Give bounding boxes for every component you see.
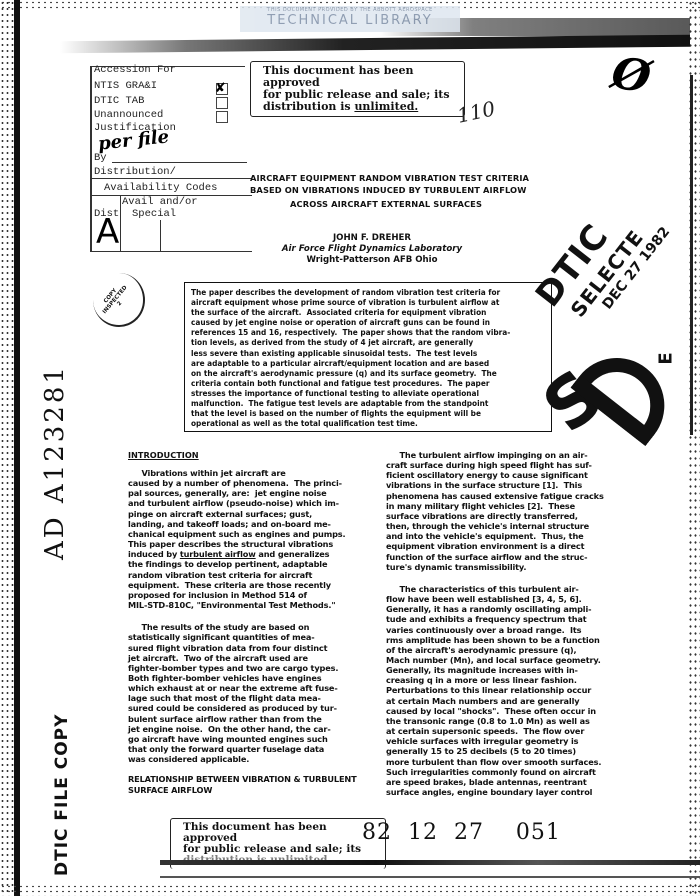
intro-line: equipment. These criteria are those rece…: [128, 580, 378, 590]
accession-title: Accession For: [94, 64, 176, 76]
by-label: By: [94, 152, 107, 164]
results-line: statistically significant quantities of …: [128, 632, 378, 642]
abstract-box: The paper describes the development of r…: [184, 282, 552, 432]
right-para-line: Perturbations to this linear relationshi…: [386, 685, 646, 695]
scan-edge-right: [690, 75, 693, 435]
approval-line-3: distribution is unlimited.: [263, 101, 458, 113]
right-para-line: varies continuously over a broad range. …: [386, 625, 646, 635]
results-line: sured could be considered as produced by…: [128, 703, 378, 713]
intro-line: This paper describes the structural vibr…: [128, 539, 378, 549]
results-line: Both fighter-bomber vehicles have engine…: [128, 673, 378, 683]
scan-edge-bar: [14, 0, 20, 896]
scan-smear-bottom: [160, 860, 700, 865]
ntis-checkbox[interactable]: [216, 83, 228, 95]
intro-line: random vibration test criteria for aircr…: [128, 570, 378, 580]
author-block: JOHN F. DREHER Air Force Flight Dynamics…: [250, 233, 494, 266]
right-para-line: ficient oscillatory energy to cause sign…: [386, 470, 646, 480]
results-line: lage such that most of the flight data m…: [128, 693, 378, 703]
paper-title-line-2: BASED ON VIBRATIONS INDUCED BY TURBULENT…: [250, 185, 526, 195]
intro-line: caused by a number of phenomena. The pri…: [128, 478, 378, 488]
results-line: bulent surface airflow rather than from …: [128, 714, 378, 724]
results-line: fighter-bomber types and two are cargo t…: [128, 663, 378, 673]
abstract-line: tion levels, as derived from the study o…: [191, 337, 545, 347]
accession-item-ntis: NTIS GRA&I: [94, 80, 157, 92]
right-para-line: Such irregularities commonly found on ai…: [386, 767, 646, 777]
results-line: which exhaust at or near the extreme aft…: [128, 683, 378, 693]
results-line: jet engine noise. On the other hand, the…: [128, 724, 378, 734]
right-para-line: and into the vehicle's equipment. Thus, …: [386, 531, 646, 541]
abstract-line: that the level is based on the number of…: [191, 408, 545, 418]
abstract-line: references 15 and 16, respectively. The …: [191, 327, 545, 337]
approval-bottom-line-1: This document has been approved: [183, 822, 379, 844]
dist-handwriting: A: [96, 212, 119, 252]
avail-label: Avail and/or: [122, 196, 198, 208]
section-heading-relationship: RELATIONSHIP BETWEEN VIBRATION & TURBULE…: [128, 774, 378, 784]
section-heading-relationship: SURFACE AIRFLOW: [128, 785, 378, 795]
intro-line: landing, and takeoff loads; and on-board…: [128, 519, 378, 529]
paragraph-spacer: [128, 764, 378, 774]
abstract-line: less severe than existing applicable sin…: [191, 348, 545, 358]
right-para-line: equipment vibration environment is a dir…: [386, 541, 646, 551]
right-para-line: at certain Mach numbers and are generall…: [386, 696, 646, 706]
abstract-line: criteria contain both functional and fat…: [191, 378, 545, 388]
accession-item-unannounced: Unannounced: [94, 109, 163, 121]
ad-number-label: AD A123281: [40, 364, 70, 560]
right-para-line: ture's dynamic transmissibility.: [386, 562, 646, 572]
abstract-line: operational as well as the total qualifi…: [191, 418, 545, 428]
results-line: sured flight vibration data from four di…: [128, 643, 378, 653]
copy-inspected-text: COPY INSPECTED 2: [97, 281, 133, 319]
intro-line: pal sources, generally, are: jet engine …: [128, 488, 378, 498]
right-para-line: Generally, it has a randomly oscillating…: [386, 604, 646, 614]
author-name: JOHN F. DREHER: [250, 233, 494, 244]
section-heading-introduction: INTRODUCTION: [128, 450, 199, 460]
right-para-line: Generally, its magnitude increases with …: [386, 665, 646, 675]
right-para-line: phenomena has caused extensive fatigue c…: [386, 491, 646, 501]
right-para-line: in many military flight vehicles [2]. Th…: [386, 501, 646, 511]
right-para-line: rms amplitude has been shown to be a fun…: [386, 635, 646, 645]
results-line: jet aircraft. Two of the aircraft used a…: [128, 653, 378, 663]
right-para-line: The turbulent airflow impinging on an ai…: [386, 450, 646, 460]
paragraph-spacer: [128, 610, 378, 622]
paper-title-line-3: ACROSS AIRCRAFT EXTERNAL SURFACES: [290, 199, 482, 209]
stamp-letter-e: E: [656, 352, 677, 364]
intro-line: the findings to develop pertinent, adapt…: [128, 559, 378, 569]
document-control-number: 82 12 27 051: [362, 820, 561, 845]
results-line: was considered applicable.: [128, 754, 378, 764]
results-line: that only the forward quarter fuselage d…: [128, 744, 378, 754]
scan-smear: [60, 35, 690, 54]
abstract-line: aircraft equipment whose prime source of…: [191, 297, 545, 307]
right-para-line: more turbulent than flow over smooth sur…: [386, 757, 646, 767]
intro-line: MIL-STD-810C, "Environmental Test Method…: [128, 600, 378, 610]
scan-border-bottom: [0, 884, 700, 896]
unannounced-checkbox[interactable]: [216, 111, 228, 123]
right-para-line: then, through the vehicle's internal str…: [386, 521, 646, 531]
dtic-tab-checkbox[interactable]: [216, 97, 228, 109]
right-para-line: generally 15 to 25 decibels (5 to 20 tim…: [386, 746, 646, 756]
abstract-line: on the aircraft's aerodynamic pressure (…: [191, 368, 545, 378]
right-para-line: The characteristics of this turbulent ai…: [386, 584, 646, 594]
availability-codes-label: Availability Codes: [104, 182, 217, 194]
special-label: Special: [132, 208, 176, 220]
right-para-line: at certain supersonic speeds. The flow o…: [386, 726, 646, 736]
right-para-line: craft surface during high speed flight h…: [386, 460, 646, 470]
scan-line-bottom: [160, 876, 700, 878]
abstract-line: caused by jet engine noise or operation …: [191, 317, 545, 327]
emphasized-term: turbulent airflow: [180, 549, 256, 559]
right-para-line: surface angles, engine boundary layer co…: [386, 787, 646, 797]
right-para-line: flow have been well established [3, 4, 5…: [386, 594, 646, 604]
results-line: go aircraft have wing mounted engines su…: [128, 734, 378, 744]
intro-line: induced by turbulent airflow and general…: [128, 549, 378, 559]
abstract-line: are adaptable to a particular aircraft/e…: [191, 358, 545, 368]
approval-notice-top: This document has been approved for publ…: [250, 61, 465, 117]
intro-line: Vibrations within jet aircraft are: [128, 468, 378, 478]
abstract-line: stresses the importance of functional te…: [191, 388, 545, 398]
right-para-line: the transonic range (0.8 to 1.0 Mn) as w…: [386, 716, 646, 726]
abstract-line: malfunction. The fatigue test levels are…: [191, 398, 545, 408]
author-location: Wright-Patterson AFB Ohio: [250, 255, 494, 266]
right-para-line: vibrations in the surface structure [1].…: [386, 480, 646, 490]
right-para-line: creasing q in a more or less linear fash…: [386, 675, 646, 685]
approval-line-1: This document has been approved: [263, 65, 458, 89]
right-para-line: of the aircraft's aerodynamic pressure (…: [386, 645, 646, 655]
handwritten-zero-mark: Ø: [608, 47, 655, 104]
intro-line: pinge on aircraft external surfaces; gus…: [128, 509, 378, 519]
right-para-line: tude and exhibits a frequency spectrum t…: [386, 614, 646, 624]
accession-form: Accession For NTIS GRA&I DTIC TAB Unanno…: [90, 62, 250, 252]
intro-line: chanical equipment such as engines and p…: [128, 529, 378, 539]
dtic-file-copy-label: DTIC FILE COPY: [52, 714, 72, 876]
author-affiliation: Air Force Flight Dynamics Laboratory: [250, 244, 494, 255]
abstract-line: The paper describes the development of r…: [191, 287, 545, 297]
right-para-line: Mach number (Mn), and local surface geom…: [386, 655, 646, 665]
scan-border-left: [0, 0, 14, 896]
technical-library-banner: THIS DOCUMENT PROVIDED BY THE ABBOTT AER…: [240, 6, 460, 32]
distribution-label: Distribution/: [94, 166, 176, 178]
right-para-line: are speed brakes, blade antennas, reentr…: [386, 777, 646, 787]
right-para-line: caused by local "shocks". These often oc…: [386, 706, 646, 716]
paragraph-spacer: [386, 572, 646, 584]
intro-line: proposed for inclusion in Method 514 of: [128, 590, 378, 600]
paper-title-line-1: AIRCRAFT EQUIPMENT RANDOM VIBRATION TEST…: [250, 173, 529, 183]
intro-line: and turbulent airflow (pseudo-noise) whi…: [128, 498, 378, 508]
right-column-text: The turbulent airflow impinging on an ai…: [386, 450, 646, 797]
abstract-line: the surface of the aircraft. Associated …: [191, 307, 545, 317]
right-para-line: function of the surface airflow and the …: [386, 552, 646, 562]
right-para-line: vehicle surfaces with irregular geometry…: [386, 736, 646, 746]
banner-title: TECHNICAL LIBRARY: [240, 13, 460, 28]
left-column-text: Vibrations within jet aircraft arecaused…: [128, 464, 378, 795]
results-line: The results of the study are based on: [128, 622, 378, 632]
right-para-line: surface vibrations are directly transfer…: [386, 511, 646, 521]
copy-inspected-stamp: COPY INSPECTED 2: [93, 273, 145, 327]
accession-item-dtic-tab: DTIC TAB: [94, 95, 144, 107]
